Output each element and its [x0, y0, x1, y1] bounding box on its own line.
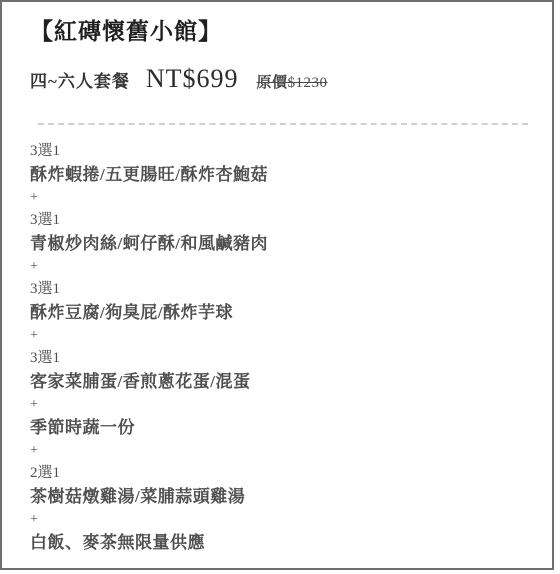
menu-line-item: 季節時蔬一份	[30, 416, 532, 439]
page-title: 【紅磚懷舊小館】	[30, 17, 532, 47]
menu-line-choice: 3選1	[30, 140, 532, 163]
menu-line-item: 酥炸豆腐/狗臭屁/酥炸芋球	[30, 301, 532, 324]
menu-line-choice: 3選1	[30, 347, 532, 370]
menu-list: 3選1酥炸蝦捲/五更腸旺/酥炸杏鮑菇+3選1青椒炒肉絲/蚵仔酥/和風鹹豬肉+3選…	[30, 140, 532, 554]
menu-line-item: 茶樹菇燉雞湯/菜脯蒜頭雞湯	[30, 485, 532, 508]
menu-line-plus: +	[30, 393, 532, 416]
menu-line-item: 白飯、麥茶無限量供應	[30, 531, 532, 554]
menu-line-item: 酥炸蝦捲/五更腸旺/酥炸杏鮑菇	[30, 163, 532, 186]
original-price-label: 原價	[257, 75, 288, 91]
combo-price: NT$699	[146, 64, 239, 94]
menu-line-item: 青椒炒肉絲/蚵仔酥/和風鹹豬肉	[30, 232, 532, 255]
menu-line-choice: 2選1	[30, 462, 532, 485]
menu-line-choice: 3選1	[30, 278, 532, 301]
menu-line-choice: 3選1	[30, 209, 532, 232]
menu-card: 【紅磚懷舊小館】 四~六人套餐 NT$699 原價$1230 3選1酥炸蝦捲/五…	[0, 0, 554, 570]
combo-name: 四~六人套餐	[30, 67, 130, 97]
menu-line-plus: +	[30, 439, 532, 462]
menu-line-plus: +	[30, 324, 532, 347]
menu-line-plus: +	[30, 508, 532, 531]
menu-line-plus: +	[30, 255, 532, 278]
original-price-amount: $1230	[288, 75, 328, 91]
combo-original-price: 原價$1230	[257, 68, 328, 98]
menu-line-item: 客家菜脯蛋/香煎蔥花蛋/混蛋	[30, 370, 532, 393]
menu-line-plus: +	[30, 186, 532, 209]
dashed-divider	[38, 123, 528, 125]
combo-header: 四~六人套餐 NT$699 原價$1230	[30, 64, 532, 98]
